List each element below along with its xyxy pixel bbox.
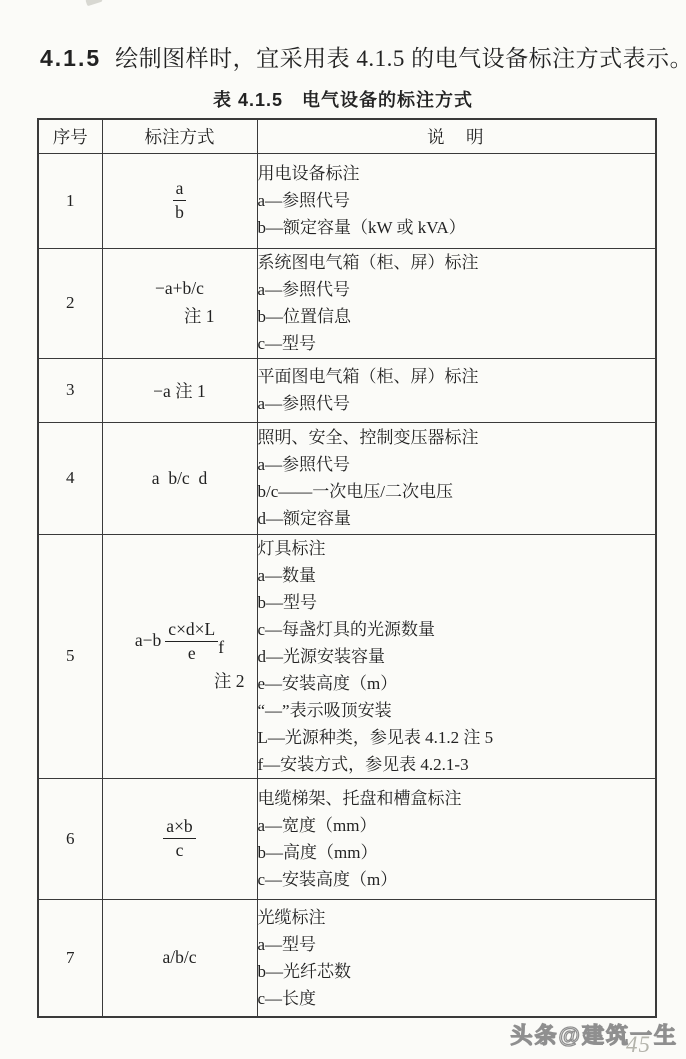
notation-cell: −a 注 1 [102,358,257,422]
table-row: 5a−bc×d×Lef注 2灯具标注a—数量b—型号c—每盏灯具的光源数量d—光… [38,534,656,778]
description-line: a—宽度（mm） [258,812,656,839]
description-line: c—长度 [258,985,656,1012]
description-line: d—光源安装容量 [258,643,656,670]
header-notation-method: 标注方式 [102,119,257,153]
notation-cell: a×bc [102,778,257,899]
notation-text: −a+b/c [155,278,204,298]
description-line: 系统图电气箱（柜、屏）标注 [258,249,656,276]
table-row: 3−a 注 1平面图电气箱（柜、屏）标注a—参照代号 [38,358,656,422]
description-line: 灯具标注 [258,535,656,562]
row-number-cell: 1 [38,153,102,248]
notation-note: 注 2 [103,668,257,693]
description-line: f—安装方式，参见表 4.2.1-3 [258,751,656,778]
description-line: a—参照代号 [258,276,656,303]
description-cell: 平面图电气箱（柜、屏）标注a—参照代号 [257,358,656,422]
fraction-denominator: e [165,642,218,664]
description-line: a—数量 [258,562,656,589]
description-line: 平面图电气箱（柜、屏）标注 [258,363,656,390]
description-line: d—额定容量 [258,505,656,532]
notation-text: a b/c d [152,468,207,488]
table-body: 1ab用电设备标注a—参照代号b—额定容量（kW 或 kVA）2−a+b/c注 … [38,153,656,1017]
notation-note: 注 1 [103,303,257,328]
description-cell: 灯具标注a—数量b—型号c—每盏灯具的光源数量d—光源安装容量e—安装高度（m）… [257,534,656,778]
fraction: a×bc [163,816,195,861]
description-cell: 光缆标注a—型号b—光纤芯数c—长度 [257,899,656,1017]
fraction-numerator: c×d×L [165,619,218,642]
row-number-cell: 4 [38,422,102,534]
notation-cell: a b/c d [102,422,257,534]
description-line: b—高度（mm） [258,839,656,866]
description-cell: 用电设备标注a—参照代号b—额定容量（kW 或 kVA） [257,153,656,248]
notation-cell: ab [102,153,257,248]
fraction: c×d×Le [165,619,218,664]
description-line: b—型号 [258,589,656,616]
description-line: e—安装高度（m） [258,670,656,697]
watermark: 头条@建筑一生 [511,1019,678,1050]
fraction-numerator: a×b [163,816,195,839]
row-number-cell: 3 [38,358,102,422]
description-line: c—安装高度（m） [258,866,656,893]
fraction-denominator: c [163,839,195,861]
description-line: a—型号 [258,931,656,958]
table-row: 2−a+b/c注 1系统图电气箱（柜、屏）标注a—参照代号b—位置信息c—型号 [38,248,656,358]
notation-text: −a 注 1 [153,381,206,401]
table-row: 1ab用电设备标注a—参照代号b—额定容量（kW 或 kVA） [38,153,656,248]
notation-cell: a/b/c [102,899,257,1017]
fraction-denominator: b [173,201,187,223]
description-cell: 电缆梯架、托盘和槽盒标注a—宽度（mm）b—高度（mm）c—安装高度（m） [257,778,656,899]
description-line: c—型号 [258,330,656,357]
description-line: 电缆梯架、托盘和槽盒标注 [258,785,656,812]
table-row: 7a/b/c光缆标注a—型号b—光纤芯数c—长度 [38,899,656,1017]
notation-table: 序号 标注方式 说 明 1ab用电设备标注a—参照代号b—额定容量（kW 或 k… [37,118,657,1018]
description-line: c—每盏灯具的光源数量 [258,616,656,643]
row-number-cell: 2 [38,248,102,358]
row-number-cell: 6 [38,778,102,899]
fraction: ab [173,178,187,223]
clause-text: 绘制图样时，宜采用表 4.1.5 的电气设备标注方式表示。 [115,46,686,71]
description-cell: 系统图电气箱（柜、屏）标注a—参照代号b—位置信息c—型号 [257,248,656,358]
table-title: 表 4.1.5 电气设备的标注方式 [0,86,686,112]
header-serial-number: 序号 [38,119,102,153]
description-line: “—”表示吸顶安装 [258,697,656,724]
description-line: b—位置信息 [258,303,656,330]
formula-suffix: f [218,637,224,658]
description-line: b/c——一次电压/二次电压 [258,478,656,505]
description-line: b—额定容量（kW 或 kVA） [258,214,656,241]
description-line: a—参照代号 [258,451,656,478]
description-line: b—光纤芯数 [258,958,656,985]
notation-text: a/b/c [162,947,196,967]
description-line: a—参照代号 [258,390,656,417]
notation-formula: a−bc×d×Lef [135,619,224,664]
clause-heading: 4.1.5绘制图样时，宜采用表 4.1.5 的电气设备标注方式表示。 [40,42,656,75]
description-line: 光缆标注 [258,904,656,931]
fraction-numerator: a [173,178,187,201]
header-description: 说 明 [257,119,656,153]
page-number: 45 [626,1032,651,1058]
table-row: 4a b/c d照明、安全、控制变压器标注a—参照代号b/c——一次电压/二次电… [38,422,656,534]
description-line: L—光源种类，参见表 4.1.2 注 5 [258,724,656,751]
description-cell: 照明、安全、控制变压器标注a—参照代号b/c——一次电压/二次电压d—额定容量 [257,422,656,534]
table-row: 6a×bc电缆梯架、托盘和槽盒标注a—宽度（mm）b—高度（mm）c—安装高度（… [38,778,656,899]
scan-artifact [85,0,102,6]
description-line: a—参照代号 [258,187,656,214]
description-line: 照明、安全、控制变压器标注 [258,424,656,451]
notation-cell: a−bc×d×Lef注 2 [102,534,257,778]
row-number-cell: 7 [38,899,102,1017]
notation-cell: −a+b/c注 1 [102,248,257,358]
clause-number: 4.1.5 [40,45,101,71]
formula-prefix: a−b [135,630,161,650]
table-header-row: 序号 标注方式 说 明 [38,119,656,153]
row-number-cell: 5 [38,534,102,778]
description-line: 用电设备标注 [258,160,656,187]
document-page: 4.1.5绘制图样时，宜采用表 4.1.5 的电气设备标注方式表示。 表 4.1… [0,0,686,1059]
